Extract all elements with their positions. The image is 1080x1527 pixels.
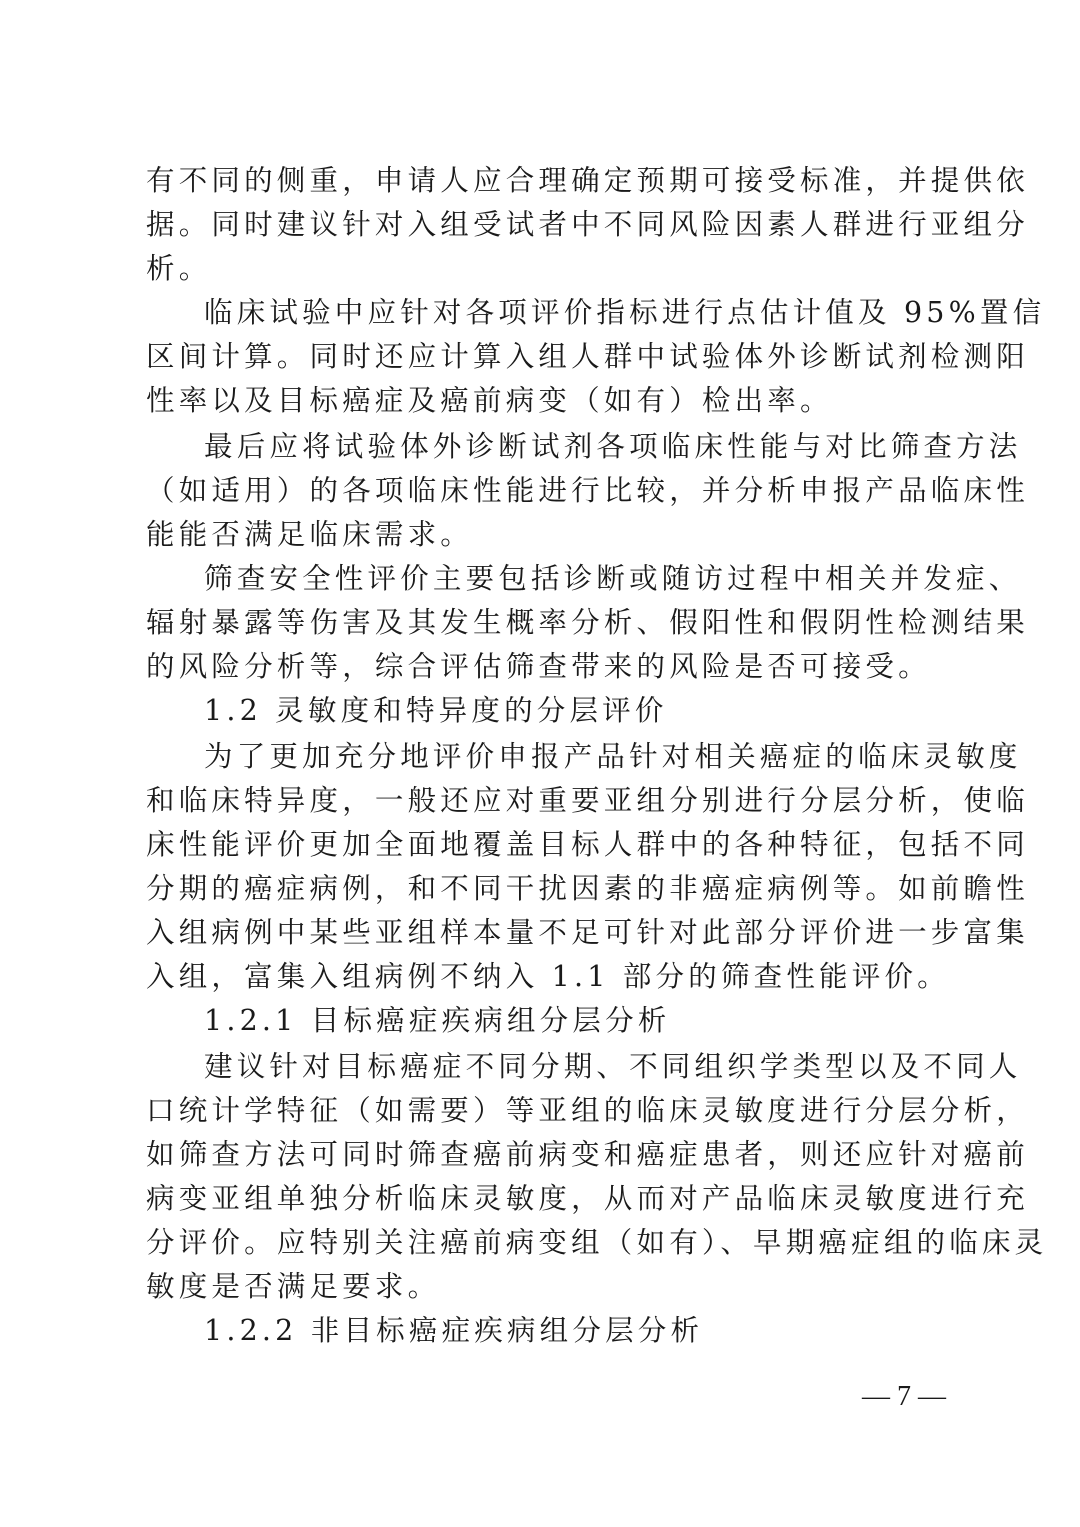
section-heading-1-2-2: 1.2.2 非目标癌症疾病组分层分析 xyxy=(204,1314,994,1348)
text-line: 析。 xyxy=(146,252,936,286)
text-line: 据。同时建议针对入组受试者中不同风险因素人群进行亚组分 xyxy=(146,208,936,242)
paragraph-start: 最后应将试验体外诊断试剂各项临床性能与对比筛查方法 xyxy=(204,430,994,464)
document-page: 有不同的侧重，申请人应合理确定预期可接受标准，并提供依 据。同时建议针对入组受试… xyxy=(0,0,1080,1527)
section-heading-1-2: 1.2 灵敏度和特异度的分层评价 xyxy=(204,694,994,728)
text-line: 分评价。应特别关注癌前病变组（如有）、早期癌症组的临床灵 xyxy=(146,1226,936,1260)
text-line: 入组，富集入组病例不纳入 1.1 部分的筛查性能评价。 xyxy=(146,960,936,994)
text-line: 有不同的侧重，申请人应合理确定预期可接受标准，并提供依 xyxy=(146,164,936,198)
text-line: 区间计算。同时还应计算入组人群中试验体外诊断试剂检测阳 xyxy=(146,340,936,374)
text-line: 分期的癌症病例，和不同干扰因素的非癌症病例等。如前瞻性 xyxy=(146,872,936,906)
text-line: 床性能评价更加全面地覆盖目标人群中的各种特征，包括不同 xyxy=(146,828,936,862)
paragraph-start: 筛查安全性评价主要包括诊断或随访过程中相关并发症、 xyxy=(204,562,994,596)
paragraph-start: 为了更加充分地评价申报产品针对相关癌症的临床灵敏度 xyxy=(204,740,994,774)
text-line: 口统计学特征（如需要）等亚组的临床灵敏度进行分层分析， xyxy=(146,1094,936,1128)
text-line: 性率以及目标癌症及癌前病变（如有）检出率。 xyxy=(146,384,936,418)
paragraph-start: 临床试验中应针对各项评价指标进行点估计值及 95%置信 xyxy=(204,296,994,330)
text-line: 和临床特异度，一般还应对重要亚组分别进行分层分析，使临 xyxy=(146,784,936,818)
text-line: 入组病例中某些亚组样本量不足可针对此部分评价进一步富集 xyxy=(146,916,936,950)
text-line: 的风险分析等，综合评估筛查带来的风险是否可接受。 xyxy=(146,650,936,684)
text-line: 如筛查方法可同时筛查癌前病变和癌症患者，则还应针对癌前 xyxy=(146,1138,936,1172)
text-line: 敏度是否满足要求。 xyxy=(146,1270,936,1304)
section-heading-1-2-1: 1.2.1 目标癌症疾病组分层分析 xyxy=(204,1004,994,1038)
paragraph-start: 建议针对目标癌症不同分期、不同组织学类型以及不同人 xyxy=(204,1050,994,1084)
text-line: 能能否满足临床需求。 xyxy=(146,518,936,552)
text-line: 辐射暴露等伤害及其发生概率分析、假阳性和假阴性检测结果 xyxy=(146,606,936,640)
text-line: 病变亚组单独分析临床灵敏度，从而对产品临床灵敏度进行充 xyxy=(146,1182,936,1216)
text-line: （如适用）的各项临床性能进行比较，并分析申报产品临床性 xyxy=(146,474,936,508)
page-number: — 7 — xyxy=(862,1380,946,1414)
